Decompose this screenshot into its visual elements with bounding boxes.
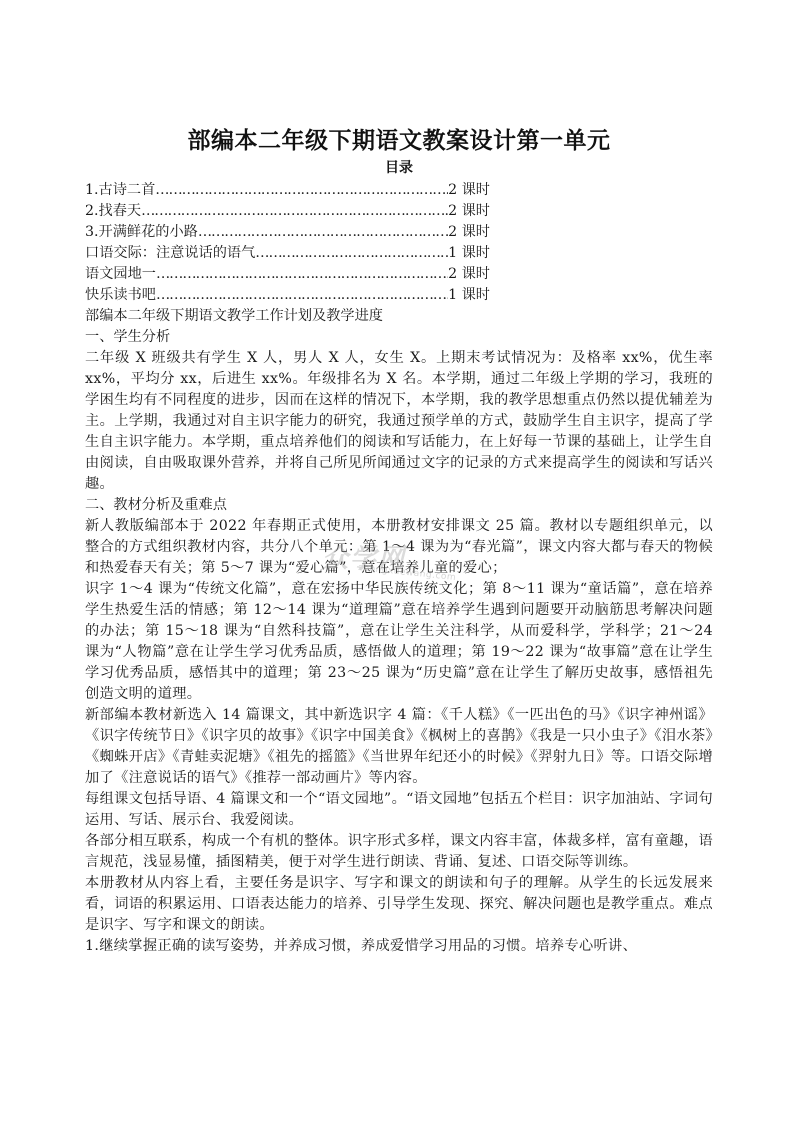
toc-item-hours: 1 课时 — [448, 285, 490, 306]
textbook-paragraph: 每组课文包括导语、4 篇课文和一个“语文园地”。“语文园地”包括五个栏目：识字加… — [85, 789, 713, 831]
table-of-contents: 1.古诗二首 2 课时 2.找春天 2 课时 3.开满鲜花的小路 2 课时 口语… — [85, 180, 713, 306]
toc-leader-dots — [155, 180, 448, 201]
toc-leader-dots — [156, 264, 448, 285]
toc-item-hours: 1 课时 — [448, 243, 490, 264]
toc-item-hours: 2 课时 — [448, 264, 490, 285]
toc-leader-dots — [156, 285, 448, 306]
document-title: 部编本二年级下期语文教案设计第一单元 — [85, 124, 713, 158]
toc-item-label: 快乐读书吧 — [85, 285, 156, 306]
section-heading-student-analysis: 一、学生分析 — [85, 327, 713, 348]
toc-item[interactable]: 2.找春天 2 课时 — [85, 201, 490, 222]
toc-heading: 目录 — [85, 158, 713, 178]
goal-item: 1.继续掌握正确的读写姿势，并养成习惯，养成爱惜学习用品的习惯。培养专心听讲、 — [85, 936, 713, 957]
toc-item-label: 1.古诗二首 — [85, 180, 155, 201]
toc-item[interactable]: 快乐读书吧 1 课时 — [85, 285, 490, 306]
textbook-paragraph: 新人教版编部本于 2022 年春期正式使用，本册教材安排课文 25 篇。教材以专… — [85, 516, 713, 579]
toc-item-label: 口语交际：注意说话的语气 — [85, 243, 255, 264]
toc-item-label: 语文园地一 — [85, 264, 156, 285]
student-analysis-paragraph: 二年级 X 班级共有学生 X 人，男人 X 人，女生 X。上期末考试情况为：及格… — [85, 348, 713, 495]
toc-leader-dots — [255, 243, 448, 264]
toc-item[interactable]: 1.古诗二首 2 课时 — [85, 180, 490, 201]
toc-item-hours: 2 课时 — [448, 201, 490, 222]
textbook-paragraph: 识字 1～4 课为“传统文化篇”，意在宏扬中华民族传统文化；第 8～11 课为“… — [85, 579, 713, 705]
toc-item-hours: 2 课时 — [448, 222, 490, 243]
toc-item[interactable]: 3.开满鲜花的小路 2 课时 — [85, 222, 490, 243]
textbook-paragraph: 新部编本教材新选入 14 篇课文，其中新选识字 4 篇：《千人糕》《一匹出色的马… — [85, 705, 713, 789]
document-page: 部编本二年级下期语文教案设计第一单元 目录 1.古诗二首 2 课时 2.找春天 … — [85, 124, 713, 957]
section-heading-textbook-analysis: 二、教材分析及重难点 — [85, 495, 713, 516]
textbook-paragraph: 各部分相互联系，构成一个有机的整体。识字形式多样，课文内容丰富，体裁多样，富有童… — [85, 831, 713, 873]
toc-leader-dots — [141, 201, 448, 222]
toc-item[interactable]: 口语交际：注意说话的语气 1 课时 — [85, 243, 490, 264]
plan-title: 部编本二年级下期语文教学工作计划及教学进度 — [85, 306, 713, 327]
toc-item[interactable]: 语文园地一 2 课时 — [85, 264, 490, 285]
toc-leader-dots — [198, 222, 448, 243]
toc-item-hours: 2 课时 — [448, 180, 490, 201]
toc-item-label: 3.开满鲜花的小路 — [85, 222, 198, 243]
toc-item-label: 2.找春天 — [85, 201, 141, 222]
textbook-paragraph: 本册教材从内容上看，主要任务是识字、写字和课文的朗读和句子的理解。从学生的长远发… — [85, 873, 713, 936]
